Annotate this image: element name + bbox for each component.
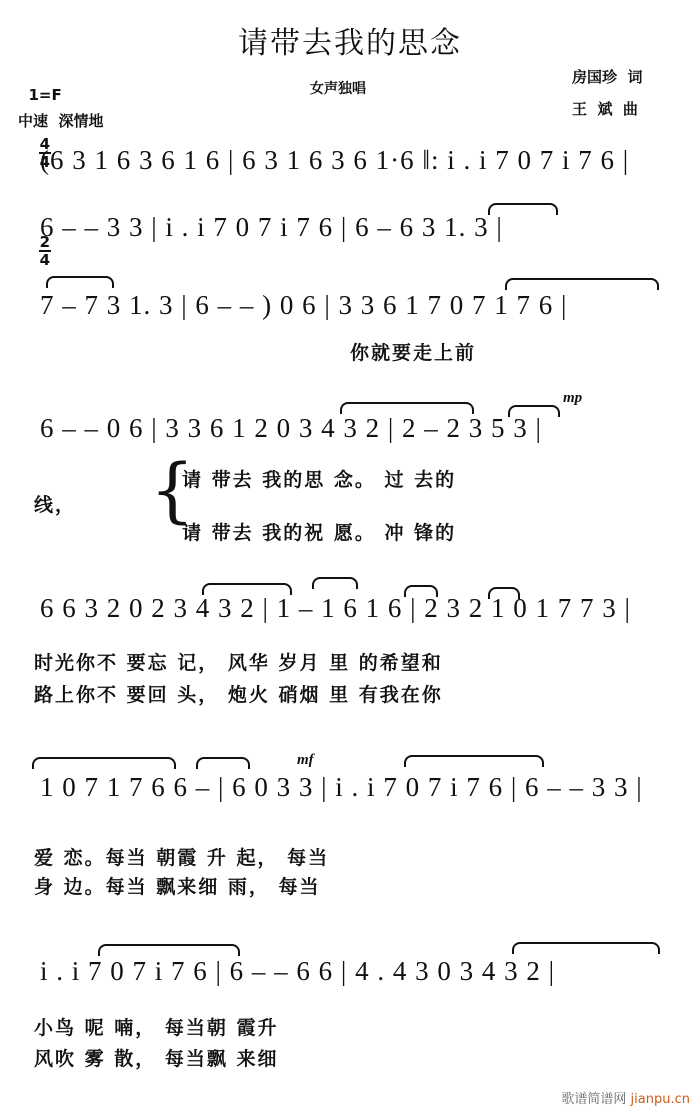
lyric-line-5-verse-1: 时光你不 要忘 记， 风华 岁月 里 的希望和: [34, 648, 443, 675]
key-signature: 1=F: [28, 86, 61, 104]
slur: [46, 276, 114, 288]
dynamic-mp: mp: [563, 390, 582, 407]
slur: [404, 755, 544, 767]
lyric-line-7-verse-1: 小鸟 呢 喃， 每当朝 霞升: [34, 1013, 278, 1040]
staff-line-6: 1 0 7 1 7 6 6 – | 6 0 3 3 | i . i 7 0 7 …: [40, 772, 670, 803]
staff-line-3: 7 – 7 3 1. 3 | 6 – – ) 0 6 | 3 3 6 1 7 0…: [40, 290, 670, 321]
lyric-line-6-verse-2: 身 边。每当 飘来细 雨， 每当: [34, 872, 320, 899]
staff-line-4: 6 – – 0 6 | 3 3 6 1 2 0 3 4 3 2 | 2 – 2 …: [40, 413, 670, 444]
slur: [32, 757, 176, 769]
staff-line-5: 6 6 3 2 0 2 3 4 3 2 | 1 – 1 6 1 6 | 2 3 …: [40, 593, 670, 624]
watermark-en: jianpu.cn: [631, 1092, 690, 1107]
lyric-line-7-verse-2: 风吹 雾 散， 每当飘 来细: [34, 1044, 278, 1071]
key-and-time: 1=F 44 24: [18, 68, 62, 300]
performance-type: 女声独唱: [310, 78, 366, 98]
lyric-line-4-verse-1: 请 带去 我的思 念。 过 去的: [182, 465, 456, 492]
slur: [196, 757, 250, 769]
lyric-line-6-verse-1: 爱 恋。每当 朝霞 升 起， 每当: [34, 843, 329, 870]
staff-line-1: (6 3 1 6 3 6 1 6 | 6 3 1 6 3 6 1·6 ‖: i …: [40, 145, 670, 176]
dynamic-mf: mf: [297, 752, 314, 769]
slur: [512, 942, 660, 954]
song-title: 请带去我的思念: [0, 18, 700, 62]
slur: [312, 577, 358, 589]
lyricist-credit: 房国珍 词: [572, 66, 642, 87]
tempo-marking: 中速 深情地: [18, 110, 103, 131]
slur: [505, 278, 659, 290]
watermark-cn: 歌谱简谱网: [561, 1092, 626, 1107]
lyric-line-3: 你就要走上前: [350, 338, 476, 365]
lyric-line-4-verse-2: 请 带去 我的祝 愿。 冲 锋的: [182, 518, 456, 545]
watermark: 歌谱简谱网 jianpu.cn: [561, 1088, 690, 1107]
lyric-line-5-verse-2: 路上你不 要回 头， 炮火 硝烟 里 有我在你: [34, 680, 443, 707]
composer-credit: 王 斌 曲: [572, 98, 638, 119]
staff-line-7: i . i 7 0 7 i 7 6 | 6 – – 6 6 | 4 . 4 3 …: [40, 956, 670, 987]
lyric-line-4-lead: 线，: [34, 490, 76, 517]
staff-line-2: 6 – – 3 3 | i . i 7 0 7 i 7 6 | 6 – 6 3 …: [40, 212, 670, 243]
slur: [98, 944, 240, 956]
